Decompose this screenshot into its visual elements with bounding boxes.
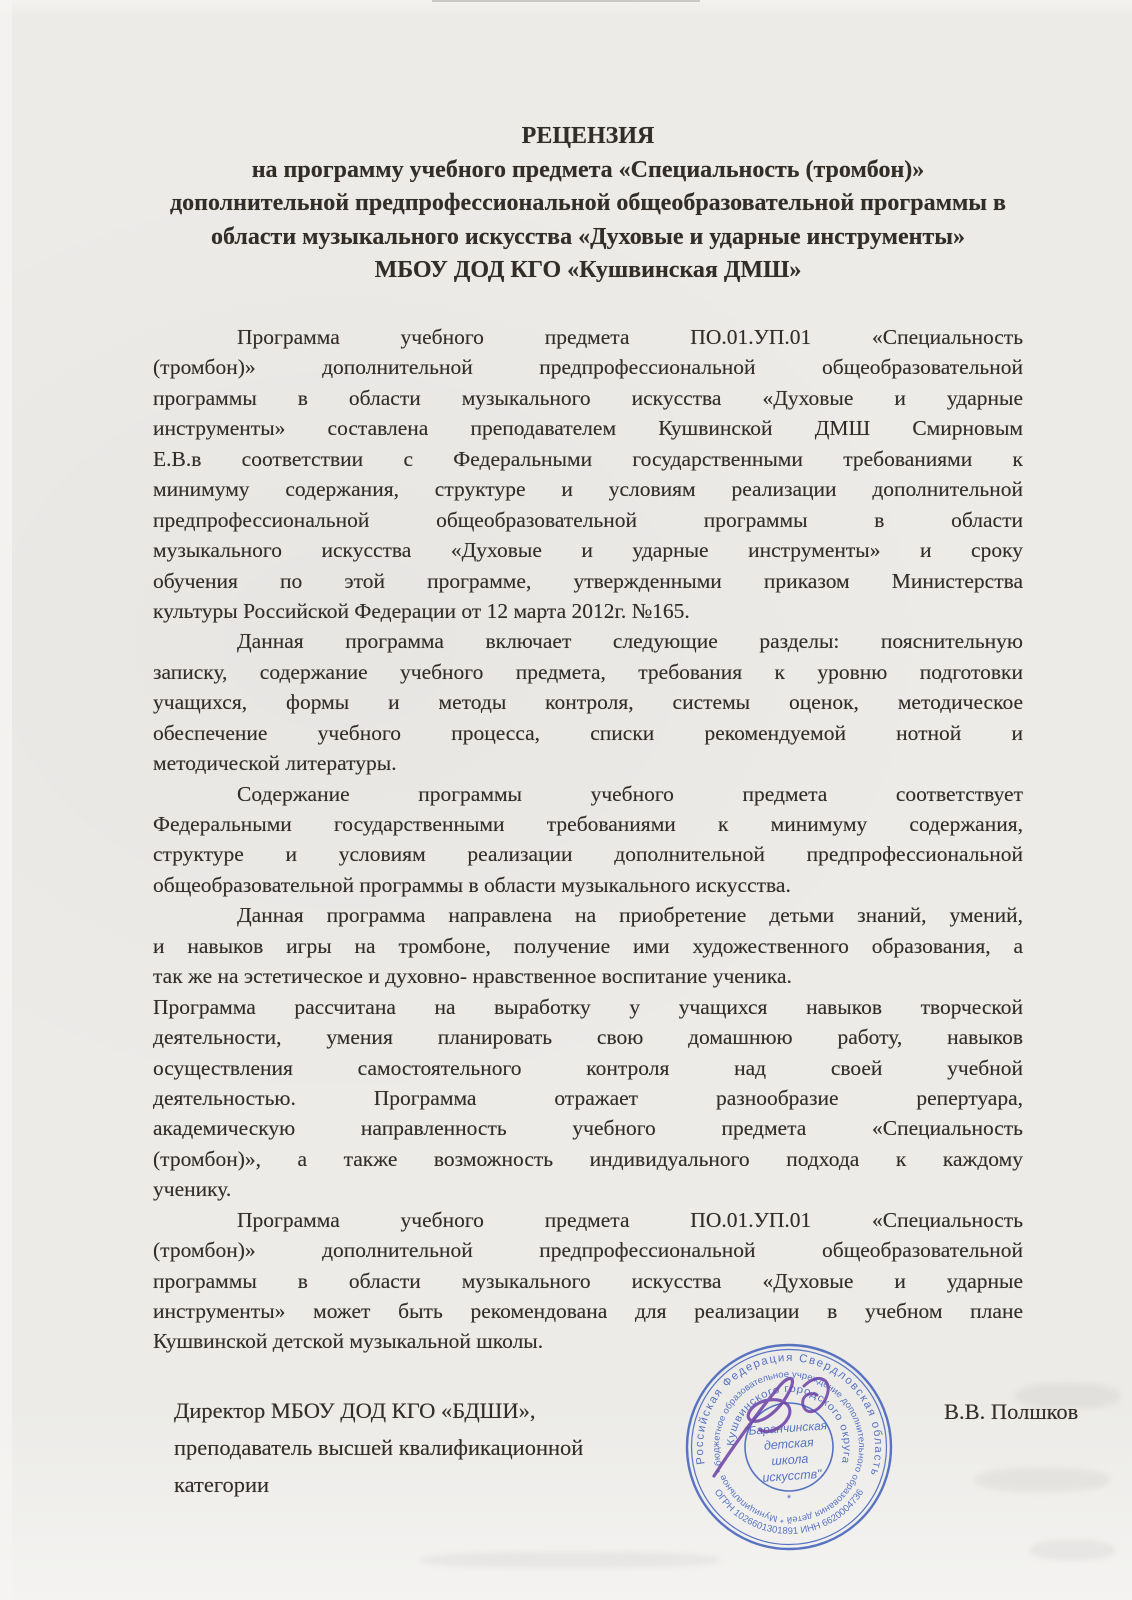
document-title-line: области музыкального искусства «Духовые … — [153, 221, 1023, 255]
body-text-line: методической литературы. — [153, 748, 1023, 778]
body-text-line: инструменты» составлена преподавателем К… — [153, 413, 1023, 443]
body-text-line: программы в области музыкального искусст… — [153, 383, 1023, 413]
stamp-center-line-2: детская — [763, 1435, 814, 1452]
signatory-title-line: категории — [174, 1466, 1092, 1503]
body-text-line: обучения по этой программе, утвержденным… — [153, 566, 1023, 596]
body-text-line: обеспечение учебного процесса, списки ре… — [153, 718, 1023, 748]
body-text-line: культуры Российской Федерации от 12 март… — [153, 596, 1023, 626]
stamp-graphic: Российская Федерация Свердловская област… — [684, 1342, 894, 1552]
document-title-line: дополнительной предпрофессиональной обще… — [153, 187, 1023, 221]
body-text-line: инструменты» может быть рекомендована дл… — [153, 1296, 1023, 1326]
document-title-block: РЕЦЕНЗИЯна программу учебного предмета «… — [153, 120, 1023, 288]
body-text-line: программы в области музыкального искусст… — [153, 1266, 1023, 1296]
scan-smudge — [1030, 1540, 1115, 1560]
scan-artifact-line — [432, 0, 700, 2]
body-text-line: (тромбон)» дополнительной предпрофессион… — [153, 1235, 1023, 1265]
scanned-document-page: РЕЦЕНЗИЯна программу учебного предмета «… — [0, 0, 1132, 1600]
body-text-line: осуществления самостоятельного контроля … — [153, 1053, 1023, 1083]
body-text-line: академическую направленность учебного пр… — [153, 1113, 1023, 1143]
body-text-line: и навыков игры на тромбоне, получение им… — [153, 931, 1023, 961]
scan-smudge — [420, 1552, 720, 1568]
body-text-line: музыкального искусства «Духовые и ударны… — [153, 535, 1023, 565]
body-text-line: ученику. — [153, 1174, 1023, 1204]
body-text-line: общеобразовательной программы в области … — [153, 870, 1023, 900]
body-text-line: Данная программа включает следующие разд… — [153, 626, 1023, 656]
body-text-line: минимуму содержания, структуре и условия… — [153, 474, 1023, 504]
body-text-line: Данная программа направлена на приобрете… — [153, 900, 1023, 930]
body-text-line: (тромбон)», а также возможность индивиду… — [153, 1144, 1023, 1174]
body-text-line: Программа рассчитана на выработку у учащ… — [153, 992, 1023, 1022]
body-text-line: предпрофессиональной общеобразовательной… — [153, 505, 1023, 535]
body-text-line: так же на эстетическое и духовно- нравст… — [153, 961, 1023, 991]
stamp-star-bottom: * — [787, 1493, 792, 1505]
body-text-line: Федеральными государственными требования… — [153, 809, 1023, 839]
body-text-line: (тромбон)» дополнительной предпрофессион… — [153, 352, 1023, 382]
body-text-line: записку, содержание учебного предмета, т… — [153, 657, 1023, 687]
signature-block: Директор МБОУ ДОД КГО «БДШИ»,преподавате… — [174, 1392, 1092, 1503]
stamp-center-line-3: школа — [771, 1452, 809, 1469]
body-text-line: Программа учебного предмета ПО.01.УП.01 … — [153, 322, 1023, 352]
body-text-line: деятельности, умения планировать свою до… — [153, 1022, 1023, 1052]
signatory-title-line: преподаватель высшей квалификационной — [174, 1429, 1092, 1466]
stamp-center-line-4: искусств" — [762, 1467, 823, 1485]
scan-artifact-edge — [0, 0, 12, 1600]
body-text-line: структуре и условиям реализации дополнит… — [153, 839, 1023, 869]
document-body: Программа учебного предмета ПО.01.УП.01 … — [153, 322, 1023, 1357]
body-text-line: деятельностью. Программа отражает разноо… — [153, 1083, 1023, 1113]
stamp-center-text: "Баранчинская детская школа искусств" — [744, 1418, 832, 1486]
official-stamp: Российская Федерация Свердловская област… — [684, 1342, 894, 1552]
body-text-line: Е.В.в соответствии с Федеральными госуда… — [153, 444, 1023, 474]
scan-smudge — [1015, 1383, 1120, 1409]
scan-smudge — [975, 1468, 1110, 1492]
document-title-line: МБОУ ДОД КГО «Кушвинская ДМШ» — [153, 254, 1023, 288]
document-title-line: на программу учебного предмета «Специаль… — [153, 154, 1023, 188]
body-text-line: учащихся, формы и методы контроля, систе… — [153, 687, 1023, 717]
document-title-line: РЕЦЕНЗИЯ — [153, 120, 1023, 154]
body-text-line: Содержание программы учебного предмета с… — [153, 779, 1023, 809]
body-text-line: Программа учебного предмета ПО.01.УП.01 … — [153, 1205, 1023, 1235]
